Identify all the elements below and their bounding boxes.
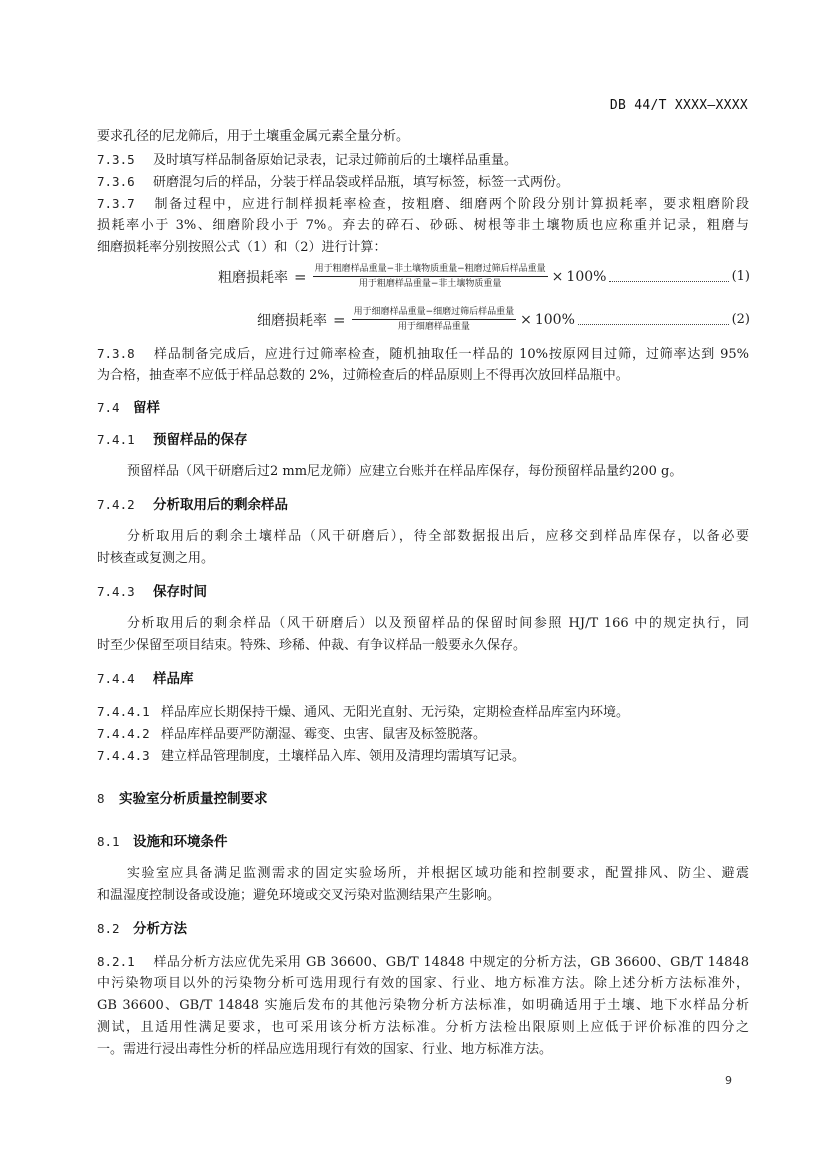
- section-title: 分析取用后的剩余样品: [153, 497, 288, 513]
- times-sign: ×: [520, 312, 532, 328]
- clause-7-3-8: 7.3.8样品制备完成后，应进行过筛率检查，随机抽取任一样品的 10%按原网目过…: [97, 346, 749, 363]
- formula-label: 细磨损耗率: [257, 310, 327, 330]
- clause-8-2-1-line2: 中污染物项目以外的污染物分析可选用现行有效的国家、行业、地方标准方法。除上述分析…: [97, 976, 749, 992]
- clause-number: 7.3.5: [97, 152, 153, 168]
- clause-7-3-7: 7.3.7制备过程中，应进行制样损耗率检查，按粗磨、细磨两个阶段分别计算损耗率，…: [97, 196, 749, 213]
- fraction: 用于细磨样品重量−细磨过筛后样品重量 用于细磨样品重量: [352, 306, 517, 333]
- section-7-4-4-heading: 7.4.4样品库: [97, 671, 749, 687]
- clause-7-4-4-2: 7.4.4.2样品库样品要严防潮湿、霉变、虫害、鼠害及标签脱落。: [97, 726, 749, 743]
- section-7-4-1-body: 预留样品（风干研磨后过2 mm尼龙筛）应建立台账并在样品库保存，每份预留样品量约…: [97, 464, 779, 480]
- section-8-1-body-line1: 实验室应具备满足监测需求的固定实验场所，并根据区域功能和控制要求，配置排风、防尘…: [97, 866, 749, 882]
- section-7-4-3-body-line2: 时至少保留至项目结束。特殊、珍稀、仲裁、有争议样品一般要永久保存。: [97, 638, 749, 654]
- paragraph-continuation: 要求孔径的尼龙筛后，用于土壤重金属元素全量分析。: [97, 129, 749, 145]
- clause-7-4-4-3: 7.4.4.3建立样品管理制度，土壤样品入库、领用及清理均需填写记录。: [97, 748, 749, 765]
- formula-number: (1): [732, 269, 750, 284]
- section-number: 8.2: [97, 921, 133, 937]
- fraction: 用于粗磨样品重量−非土壤物质重量−粗磨过筛后样品重量 用于粗磨样品重量−非土壤物…: [313, 263, 548, 290]
- clause-7-3-5: 7.3.5及时填写样品制备原始记录表，记录过筛前后的土壤样品重量。: [97, 152, 749, 169]
- section-8-2-heading: 8.2分析方法: [97, 921, 749, 937]
- formula-label: 粗磨损耗率: [218, 267, 288, 287]
- clause-text: 样品库应长期保持干燥、通风、无阳光直射、无污染，定期检查样品库室内环境。: [161, 705, 629, 720]
- section-title: 分析方法: [133, 921, 187, 937]
- document-page: DB 44/T XXXX—XXXX 要求孔径的尼龙筛后，用于土壤重金属元素全量分…: [0, 0, 826, 1169]
- clause-number: 8.2.1: [97, 954, 153, 970]
- dot-leader: [609, 271, 728, 282]
- section-7-4-3-body-line1: 分析取用后的剩余样品（风干研磨后）以及预留样品的保留时间参照 HJ/T 166 …: [97, 616, 749, 632]
- clause-text: 研磨混匀后的样品，分装于样品袋或样品瓶，填写标签，标签一式两份。: [153, 175, 569, 190]
- percent-factor: 100%: [535, 312, 575, 328]
- clause-text: 样品分析方法应优先采用 GB 36600、GB/T 14848 中规定的分析方法…: [153, 955, 749, 970]
- clause-text: 样品库样品要严防潮湿、霉变、虫害、鼠害及标签脱落。: [161, 727, 486, 742]
- section-7-4-heading: 7.4留样: [97, 400, 749, 416]
- denominator: 用于粗磨样品重量−非土壤物质重量: [359, 277, 502, 290]
- numerator: 用于细磨样品重量−细磨过筛后样品重量: [352, 306, 517, 320]
- section-title: 样品库: [153, 671, 194, 687]
- section-8-1-body-line2: 和温湿度控制设备或设施；避免环境或交叉污染对监测结果产生影响。: [97, 888, 749, 904]
- clause-7-4-4-1: 7.4.4.1样品库应长期保持干燥、通风、无阳光直射、无污染，定期检查样品库室内…: [97, 704, 749, 721]
- times-sign: ×: [552, 269, 564, 285]
- formula-2: 细磨损耗率 = 用于细磨样品重量−细磨过筛后样品重量 用于细磨样品重量 × 10…: [257, 306, 750, 333]
- section-8-1-heading: 8.1设施和环境条件: [97, 834, 749, 850]
- section-number: 7.4.4: [97, 671, 153, 687]
- equals-sign: =: [294, 268, 307, 286]
- clause-8-2-1: 8.2.1样品分析方法应优先采用 GB 36600、GB/T 14848 中规定…: [97, 954, 749, 971]
- clause-8-2-1-line5: 一。需进行浸出毒性分析的样品应选用现行有效的国家、行业、地方标准方法。: [97, 1042, 749, 1058]
- clause-7-3-8-line2: 为合格，抽查率不应低于样品总数的 2%，过筛检查后的样品原则上不得再次放回样品瓶…: [97, 368, 749, 384]
- equals-sign: =: [333, 311, 346, 329]
- section-number: 7.4.2: [97, 497, 153, 513]
- clause-number: 7.4.4.3: [97, 748, 161, 764]
- section-number: 7.4.3: [97, 584, 153, 600]
- clause-text: 建立样品管理制度，土壤样品入库、领用及清理均需填写记录。: [161, 749, 525, 764]
- section-title: 留样: [133, 400, 160, 416]
- section-7-4-2-body-line2: 时核查或复测之用。: [97, 551, 749, 567]
- clause-number: 7.3.8: [97, 346, 153, 362]
- section-number: 8.1: [97, 834, 133, 850]
- section-7-4-3-heading: 7.4.3保存时间: [97, 584, 749, 600]
- standard-code-header: DB 44/T XXXX—XXXX: [610, 98, 748, 113]
- clause-7-3-6: 7.3.6研磨混匀后的样品，分装于样品袋或样品瓶，填写标签，标签一式两份。: [97, 174, 749, 191]
- section-number: 7.4: [97, 400, 133, 416]
- clause-8-2-1-line3: GB 36600、GB/T 14848 实施后发布的其他污染物分析方法标准，如明…: [97, 998, 749, 1014]
- clause-number: 7.4.4.2: [97, 726, 161, 742]
- dot-leader: [578, 314, 729, 325]
- section-7-4-2-body-line1: 分析取用后的剩余土壤样品（风干研磨后），待全部数据报出后，应移交到样品库保存，以…: [97, 529, 749, 545]
- formula-1: 粗磨损耗率 = 用于粗磨样品重量−非土壤物质重量−粗磨过筛后样品重量 用于粗磨样…: [218, 263, 750, 290]
- clause-number: 7.3.7: [97, 196, 153, 212]
- section-title: 预留样品的保存: [153, 432, 248, 448]
- clause-7-3-7-line2: 损耗率小于 3%、细磨阶段小于 7%。弃去的碎石、砂砾、树根等非土壤物质也应称重…: [97, 218, 749, 234]
- section-number: 7.4.1: [97, 432, 153, 448]
- chapter-number: 8: [97, 791, 119, 807]
- formula-number: (2): [732, 312, 750, 327]
- section-title: 保存时间: [153, 584, 207, 600]
- clause-number: 7.3.6: [97, 174, 153, 190]
- clause-7-3-7-line3: 细磨损耗率分别按照公式（1）和（2）进行计算：: [97, 240, 749, 256]
- section-title: 设施和环境条件: [133, 834, 228, 850]
- section-7-4-1-heading: 7.4.1预留样品的保存: [97, 432, 749, 448]
- chapter-8-heading: 8实验室分析质量控制要求: [97, 791, 749, 807]
- section-7-4-2-heading: 7.4.2分析取用后的剩余样品: [97, 497, 749, 513]
- chapter-title: 实验室分析质量控制要求: [119, 791, 268, 807]
- denominator: 用于细磨样品重量: [398, 320, 470, 333]
- clause-text: 样品制备完成后，应进行过筛率检查，随机抽取任一样品的 10%按原网目过筛，过筛率…: [153, 347, 749, 362]
- numerator: 用于粗磨样品重量−非土壤物质重量−粗磨过筛后样品重量: [313, 263, 548, 277]
- page-number: 9: [725, 1074, 732, 1087]
- clause-text: 及时填写样品制备原始记录表，记录过筛前后的土壤样品重量。: [153, 153, 517, 168]
- percent-factor: 100%: [566, 269, 606, 285]
- clause-text: 制备过程中，应进行制样损耗率检查，按粗磨、细磨两个阶段分别计算损耗率，要求粗磨阶…: [153, 197, 749, 212]
- clause-8-2-1-line4: 测试，且适用性满足要求，也可采用该分析方法标准。分析方法检出限原则上应低于评价标…: [97, 1020, 749, 1036]
- clause-number: 7.4.4.1: [97, 704, 161, 720]
